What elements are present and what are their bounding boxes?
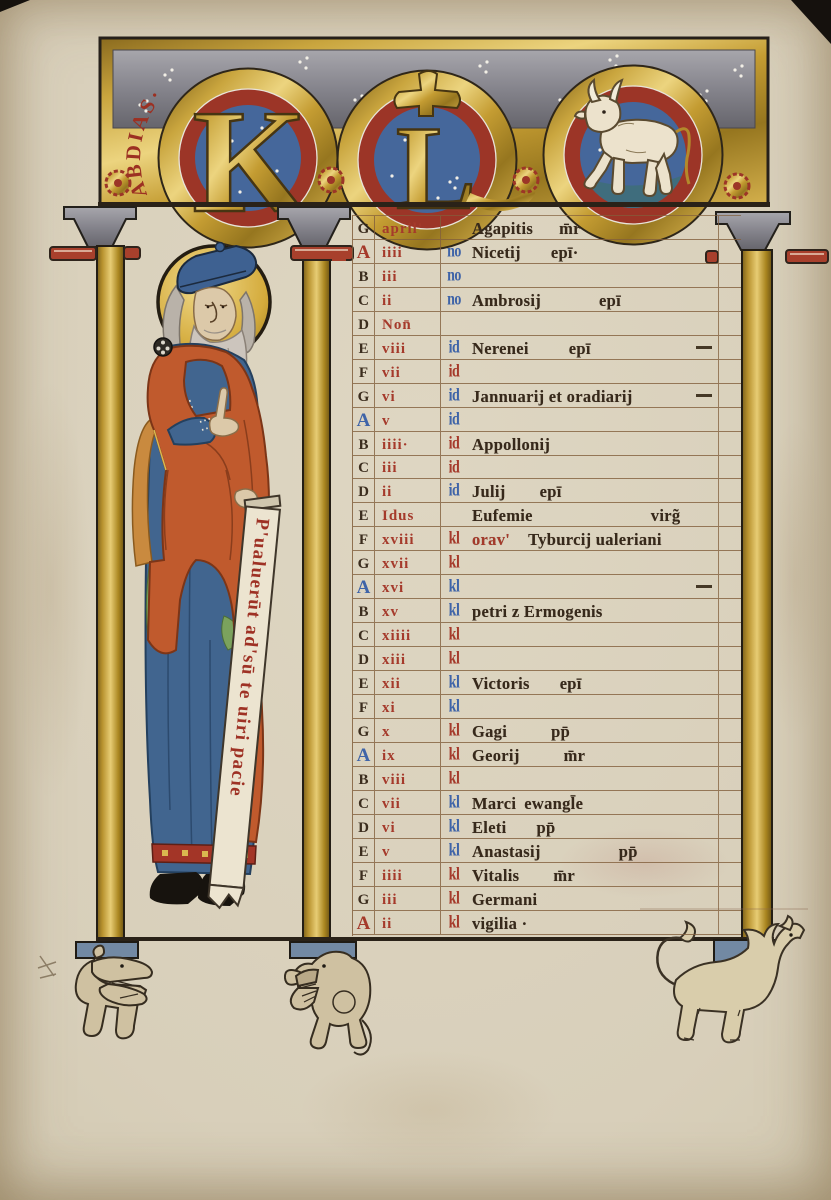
roman-numeral-day: xvii [375, 551, 441, 574]
dominical-letter: B [353, 264, 375, 287]
roman-numeral-day: vi [375, 384, 441, 407]
feast-entry: Georij m̄r [467, 743, 719, 766]
dominical-letter: B [353, 767, 375, 790]
dominical-letter: D [353, 312, 375, 335]
roman-numeral-day: xiiii [375, 623, 441, 646]
count-marker: kl [441, 904, 467, 934]
roman-numeral-day: iiii [375, 240, 441, 263]
feast-entry: Victoris epī [467, 671, 719, 694]
roman-numeral-day: v [375, 408, 441, 431]
dominical-letter: D [353, 815, 375, 838]
dominical-letter: D [353, 479, 375, 502]
feast-title: virg̃ [651, 508, 681, 524]
feast-title: epī [599, 293, 621, 309]
feast-entry: Nicetij epī· [467, 240, 719, 263]
red-line-filler [332, 251, 346, 255]
feast-name: Victoris [472, 676, 530, 692]
calendar-row: E xii kl Victoris epī [353, 671, 741, 695]
feast-entry [467, 695, 719, 718]
roman-numeral-day: viii [375, 336, 441, 359]
feast-title: m̄r [564, 748, 586, 764]
dominical-letter: C [353, 791, 375, 814]
calendar-row: A ii kl vigilia · [353, 911, 741, 935]
feast-name: Jannuarij et oradiarij [472, 389, 633, 405]
roman-numeral-day: Non̄ [375, 312, 441, 335]
feast-name: Eleti [472, 820, 507, 836]
calendar-row: E viii id Nerenei epī [353, 336, 741, 360]
calendar-row: A v id [353, 408, 741, 432]
feast-title: pp̄ [551, 724, 570, 740]
calendar-row: F iiii kl Vitalis m̄r [353, 863, 741, 887]
calendar-row: F xi kl [353, 695, 741, 719]
roman-numeral-day: xi [375, 695, 441, 718]
feast-name: Eufemie [472, 508, 533, 524]
feast-entry: Anastasij pp̄ [467, 839, 719, 862]
dominical-letter: A [353, 575, 375, 598]
feast-entry [467, 408, 719, 431]
calendar-row: E v kl Anastasij pp̄ [353, 839, 741, 863]
feast-entry: Julij epī [467, 479, 719, 502]
feast-name: vigilia · [472, 916, 527, 932]
dominical-letter: B [353, 432, 375, 455]
feast-title: epī [569, 341, 591, 357]
dominical-letter: F [353, 527, 375, 550]
dominical-letter: B [353, 599, 375, 622]
calendar-row: B xv kl petri z Ermogenis [353, 599, 741, 623]
roman-numeral-day: iii [375, 887, 441, 910]
feast-name: Nerenei [472, 341, 529, 357]
dominical-letter: G [353, 551, 375, 574]
feast-entry [467, 551, 719, 574]
feast-entry: orav' Tyburcij ualeriani [467, 527, 719, 550]
calendar-row: C ii no Ambrosij epī [353, 288, 741, 312]
roman-numeral-day: xiii [375, 647, 441, 670]
roman-numeral-day: ii [375, 288, 441, 311]
roman-numeral-day: april' [375, 216, 441, 239]
roman-numeral-day: vii [375, 791, 441, 814]
feast-entry [467, 264, 719, 287]
feast-name: petri z Ermogenis [472, 604, 603, 620]
roman-numeral-day: xviii [375, 527, 441, 550]
feast-entry [467, 623, 719, 646]
dominical-letter: C [353, 456, 375, 479]
feast-name: Nicetij [472, 245, 521, 261]
feast-title: m̄r [559, 221, 581, 237]
calendar-row: G x kl Gagi pp̄ [353, 719, 741, 743]
feast-entry: Jannuarij et oradiarij [467, 384, 719, 407]
roman-numeral-day: v [375, 839, 441, 862]
calendar-row: C vii kl Marci ewangl̄e [353, 791, 741, 815]
line-end-dash [696, 394, 712, 397]
line-end-dash [696, 346, 712, 349]
feast-entry: vigilia · [467, 911, 719, 934]
calendar-row: A ix kl Georij m̄r [353, 743, 741, 767]
feast-name: Agapitis [472, 221, 533, 237]
prophet-figure: P'ualuerūt ad'sū te uiri pacie [132, 243, 281, 910]
calendar-row: D vi kl Eleti pp̄ [353, 815, 741, 839]
feast-entry: Germani [467, 887, 719, 910]
roman-numeral-day: Idus [375, 503, 441, 526]
column-left [97, 246, 124, 946]
dominical-letter: G [353, 216, 375, 239]
line-end-dash [696, 585, 712, 588]
column-right [742, 250, 772, 942]
column-middle [303, 246, 330, 946]
feast-entry [467, 767, 719, 790]
feast-name: Ambrosij [472, 293, 541, 309]
manuscript-page: K ·ABDIAS· L [0, 0, 831, 1200]
brooch-icon [154, 338, 172, 356]
dominical-letter: C [353, 623, 375, 646]
feast-entry: Eufemie virg̃ [467, 503, 719, 526]
feast-entry: Ambrosij epī [467, 288, 719, 311]
roman-numeral-day: xv [375, 599, 441, 622]
dominical-letter: E [353, 336, 375, 359]
calendar-row: D Non̄ [353, 312, 741, 336]
calendar-row: G iii kl Germani [353, 887, 741, 911]
roman-numeral-day: xii [375, 671, 441, 694]
roman-numeral-day: vii [375, 360, 441, 383]
dominical-letter: D [353, 647, 375, 670]
calendar-row: C xiiii kl [353, 623, 741, 647]
calendar-row: B viii kl [353, 767, 741, 791]
calendar-row: D xiii kl [353, 647, 741, 671]
feast-name: Tyburcij ualeriani [528, 532, 662, 548]
roman-numeral-day: iiii [375, 863, 441, 886]
roman-numeral-day: iiii· [375, 432, 441, 455]
dominical-letter: G [353, 719, 375, 742]
calendar-row: B iii no [353, 264, 741, 288]
calendar-row: C iii id [353, 456, 741, 480]
roman-numeral-day: vi [375, 815, 441, 838]
feast-title: pp̄ [619, 844, 638, 860]
red-rubric: orav' [472, 532, 510, 548]
calendar-row: G xvii kl [353, 551, 741, 575]
feast-entry [467, 312, 719, 335]
dominical-letter: A [353, 408, 375, 431]
feast-name: Georij [472, 748, 520, 764]
feast-entry: Gagi pp̄ [467, 719, 719, 742]
capital-left [64, 207, 136, 247]
feast-entry: Marci ewangl̄e [467, 791, 719, 814]
roman-numeral-day: ii [375, 911, 441, 934]
feast-entry: Nerenei epī [467, 336, 719, 359]
feast-entry [467, 360, 719, 383]
feast-title: pp̄ [537, 820, 556, 836]
dominical-letter: E [353, 503, 375, 526]
feast-entry [467, 575, 719, 598]
roman-numeral-day: x [375, 719, 441, 742]
plinth-left [76, 942, 138, 958]
feast-entry: Appollonij [467, 432, 719, 455]
feast-name: Anastasij [472, 844, 541, 860]
feast-title: epī· [551, 245, 579, 261]
dominical-letter: F [353, 695, 375, 718]
feast-entry: petri z Ermogenis [467, 599, 719, 622]
calendar-row: F xviii kl orav' Tyburcij ualeriani [353, 527, 741, 551]
feast-name: Germani [472, 892, 537, 908]
calendar-row: A xvi kl [353, 575, 741, 599]
feast-name: Julij [472, 484, 506, 500]
dominical-letter: F [353, 863, 375, 886]
dominical-letter: A [353, 743, 375, 766]
feast-name: Vitalis [472, 868, 519, 884]
feast-title: epī [560, 676, 582, 692]
dominical-letter: A [353, 240, 375, 263]
margin-pen-marks [38, 956, 56, 978]
roman-numeral-day: iii [375, 456, 441, 479]
calendar-row: G april' Agapitis m̄r [353, 216, 741, 240]
feast-entry: Eleti pp̄ [467, 815, 719, 838]
dominical-letter: G [353, 887, 375, 910]
calendar-row: D ii id Julij epī [353, 479, 741, 503]
feast-name: Appollonij [472, 437, 550, 453]
roman-numeral-day: ix [375, 743, 441, 766]
dominical-letter: F [353, 360, 375, 383]
roman-numeral-day: iii [375, 264, 441, 287]
calendar-row: F vii id [353, 360, 741, 384]
feast-title: epī [540, 484, 562, 500]
feast-entry: Vitalis m̄r [467, 863, 719, 886]
feast-entry: Agapitis m̄r [467, 216, 719, 239]
feast-title: ewangl̄e [524, 796, 583, 812]
calendar-row: B iiii· id Appollonij [353, 432, 741, 456]
feast-name: Gagi [472, 724, 507, 740]
feast-entry [467, 647, 719, 670]
feast-entry [467, 456, 719, 479]
roman-numeral-day: viii [375, 767, 441, 790]
dominical-letter: G [353, 384, 375, 407]
calendar-row: G vi id Jannuarij et oradiarij [353, 384, 741, 408]
roman-numeral-day: xvi [375, 575, 441, 598]
dominical-letter: A [353, 911, 375, 934]
dominical-letter: E [353, 671, 375, 694]
calendar-row: A iiii no Nicetij epī· [353, 240, 741, 264]
grotesque-middle [285, 952, 371, 1055]
feast-title: m̄r [553, 868, 575, 884]
feast-name: Marci [472, 796, 516, 812]
calendar-row: E Idus Eufemie virg̃ [353, 503, 741, 527]
dominical-letter: C [353, 288, 375, 311]
calendar-table: G april' Agapitis m̄r A iiii no Nicetij … [352, 215, 741, 936]
grotesque-left [76, 946, 152, 1039]
dominical-letter: E [353, 839, 375, 862]
roman-numeral-day: ii [375, 479, 441, 502]
